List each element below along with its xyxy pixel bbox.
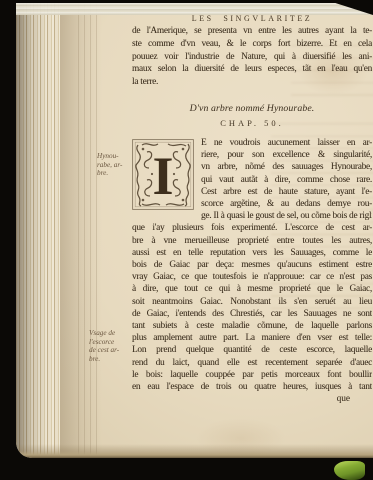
- text-line: Cest arbre est de haute stature, ayant l…: [201, 186, 372, 198]
- text-line: l'escorce: [89, 338, 133, 347]
- text-line: bre.: [89, 355, 133, 364]
- text-line: E ne voudrois aucunement laisser en ar-: [201, 137, 372, 149]
- text-line: vn arbre, nõmé des sauuages Hynourabe,: [201, 161, 372, 173]
- catchword: que: [132, 393, 372, 406]
- text-line: en eau l'espace de trois ou quatre heure…: [132, 381, 372, 393]
- text-line: riere, pour son excellence & singularité…: [201, 149, 372, 161]
- text-line: qui vaut autãt à dire, comme chose rare.: [201, 174, 372, 186]
- text-line: ste comme d'vn veau, & le corps fort biz…: [132, 38, 372, 51]
- text-line: pouuez voir l'industrie de Nature, qui à…: [132, 51, 372, 64]
- text-line: de cest ar-: [89, 346, 133, 355]
- photographed-book-scene: LES SINGVLARITEZ de l'Amerique, se prese…: [0, 0, 373, 480]
- page-stack-fore-edge: [16, 3, 60, 458]
- ornamental-initial-woodcut: I: [132, 139, 194, 210]
- text-line: bois de Gaiac par deça: mesmes qu'aucuns…: [132, 259, 372, 271]
- margin-note-hynourabe: Hynou-rabe, ar-bre.: [97, 152, 133, 178]
- paper-stain: [196, 418, 286, 458]
- text-line: plus amplement autre part. La maniere d'…: [132, 332, 372, 344]
- text-line: aussi est en telle reputation vers les S…: [132, 247, 372, 259]
- text-line: ge. Il à quasi le goust de sel, ou cõme …: [201, 210, 372, 222]
- text-line: rabe, ar-: [97, 161, 133, 170]
- chapter-number: CHAP. 50.: [132, 117, 372, 129]
- chapter-title: D'vn arbre nommé Hynourabe.: [132, 102, 372, 115]
- text-line: de l'Amerique, se presenta vn entre les …: [132, 25, 372, 38]
- text-column: LES SINGVLARITEZ de l'Amerique, se prese…: [132, 13, 372, 406]
- text-line: la terre.: [132, 76, 372, 89]
- running-header: LES SINGVLARITEZ: [132, 13, 372, 25]
- margin-note-usage: Vsage del'escorcede cest ar-bre.: [89, 329, 133, 363]
- text-line: à dire, que tout ce qui à mesme propriet…: [132, 283, 372, 295]
- text-line: que i'ay plusieurs fois experimenté. L'e…: [132, 222, 372, 234]
- green-ribbon-marker: [334, 461, 365, 480]
- body-paragraph: I E ne voudrois aucunement laisser en ar…: [132, 137, 372, 406]
- initial-letter: I: [152, 146, 173, 206]
- text-line: bre.: [97, 169, 133, 178]
- text-line: vray Gaiac, ce que toutesfois ie n'appro…: [132, 271, 372, 283]
- text-line: rend du laict, quand elle est recentemen…: [132, 357, 372, 369]
- text-line: Lon prend quelque quantité de ceste esco…: [132, 344, 372, 356]
- text-line: soit neantmoins Gaiac. Nonobstant ils s'…: [132, 296, 372, 308]
- text-line: Vsage de: [89, 329, 133, 338]
- intro-paragraph: de l'Amerique, se presenta vn entre les …: [132, 25, 372, 89]
- body-full-lines: ge. Il à quasi le goust de sel, ou cõme …: [132, 210, 372, 393]
- text-line: maux selon la diuersité de leurs especes…: [132, 63, 372, 76]
- text-line: scorce argẽtine, & au dedans demye rou-: [201, 198, 372, 210]
- text-line: tant subiets à ceste maladie cõmune, de …: [132, 320, 372, 332]
- text-line: de Gaiac, i'entends des Chrestiés, car l…: [132, 308, 372, 320]
- text-line: le bois: laquelle couppée par petis morc…: [132, 369, 372, 381]
- text-line: bre à vne merueilleuse proprieté entre t…: [132, 235, 372, 247]
- page-fold-lines: [78, 3, 100, 458]
- page-bottom-edge: [16, 444, 373, 458]
- text-line: Hynou-: [97, 152, 133, 161]
